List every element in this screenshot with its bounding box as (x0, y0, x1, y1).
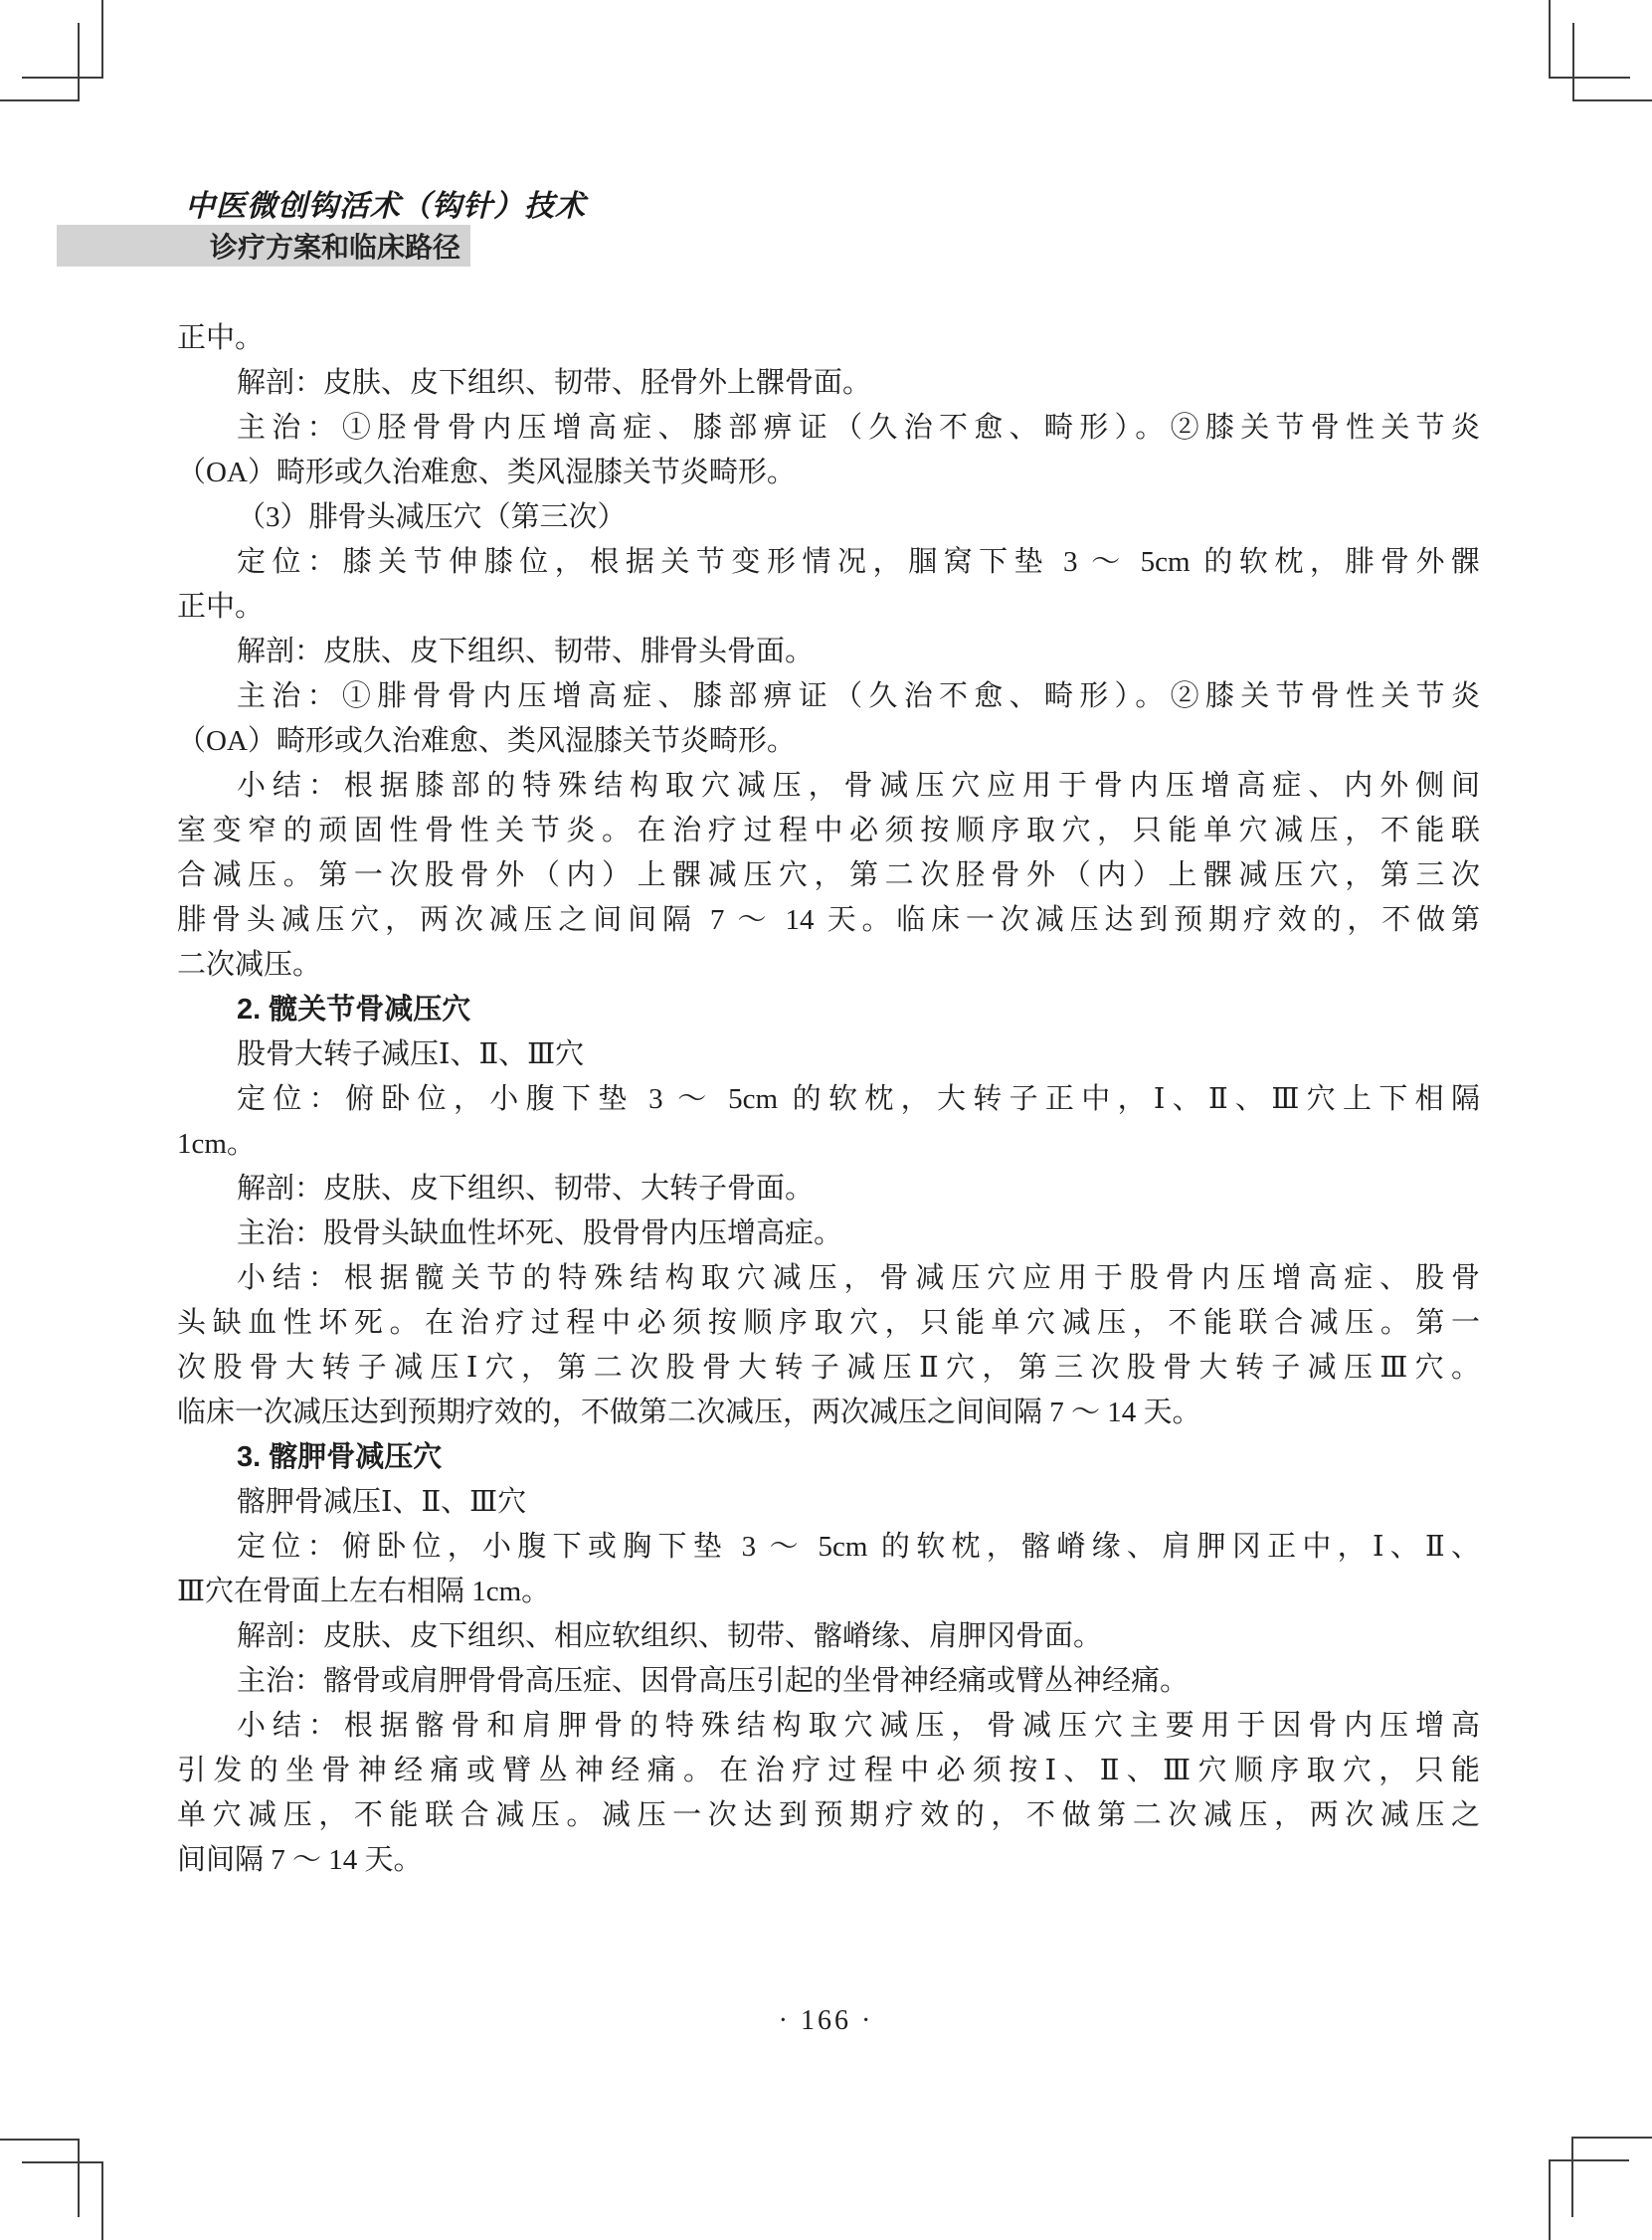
body-line: 临床一次减压达到预期疗效的，不做第二次减压，两次减压之间间隔 7 ～ 14 天。 (177, 1391, 1480, 1435)
body-line: 解剖：皮肤、皮下组织、相应软组织、韧带、髂嵴缘、肩胛冈骨面。 (177, 1614, 1480, 1659)
section-banner: 诊疗方案和临床路径 (57, 225, 470, 267)
body-line: 二次减压。 (177, 943, 1480, 988)
body-line: 2. 髋关节骨减压穴 (177, 988, 1480, 1032)
body-line: Ⅲ穴在骨面上左右相隔 1cm。 (177, 1570, 1480, 1614)
body-line: 解剖：皮肤、皮下组织、韧带、腓骨头骨面。 (177, 630, 1480, 674)
book-title: 中医微创钩活术（钩针）技术 (185, 181, 586, 225)
crop-mark-top-left-inner (0, 23, 80, 101)
body-line: 头缺血性坏死。在治疗过程中必须按顺序取穴，只能单穴减压，不能联合减压。第一 (177, 1301, 1480, 1346)
body-text: 正中。解剖：皮肤、皮下组织、韧带、胫骨外上髁骨面。主治：①胫骨骨内压增高症、膝部… (177, 316, 1480, 1883)
crop-mark-bottom-left-inner (0, 2139, 80, 2217)
body-line: 定位：俯卧位，小腹下或胸下垫 3 ～ 5cm 的软枕，髂嵴缘、肩胛冈正中，Ⅰ、Ⅱ… (177, 1525, 1480, 1570)
body-line: 主治：髂骨或肩胛骨骨高压症、因骨高压引起的坐骨神经痛或臂丛神经痛。 (177, 1659, 1480, 1704)
crop-mark-top-right-inner (1572, 23, 1652, 101)
crop-mark-bottom-right-inner (1549, 2159, 1629, 2240)
body-line: 小结：根据髋关节的特殊结构取穴减压，骨减压穴应用于股骨内压增高症、股骨 (177, 1256, 1480, 1301)
body-line: 1cm。 (177, 1122, 1480, 1167)
body-line: 定位：膝关节伸膝位，根据关节变形情况，腘窝下垫 3 ～ 5cm 的软枕，腓骨外髁 (177, 540, 1480, 585)
body-line: 主治：①腓骨骨内压增高症、膝部痹证（久治不愈、畸形）。②膝关节骨性关节炎 (177, 674, 1480, 719)
page-number: · 166 · (0, 2005, 1652, 2037)
body-line: 室变窄的顽固性骨性关节炎。在治疗过程中必须按顺序取穴，只能单穴减压，不能联 (177, 809, 1480, 853)
body-line: 股骨大转子减压Ⅰ、Ⅱ、Ⅲ穴 (177, 1032, 1480, 1077)
body-line: 单穴减压，不能联合减压。减压一次达到预期疗效的，不做第二次减压，两次减压之 (177, 1793, 1480, 1838)
body-line: 引发的坐骨神经痛或臂丛神经痛。在治疗过程中必须按Ⅰ、Ⅱ、Ⅲ穴顺序取穴，只能 (177, 1749, 1480, 1793)
body-line: 小结：根据髂骨和肩胛骨的特殊结构取穴减压，骨减压穴主要用于因骨内压增高 (177, 1704, 1480, 1749)
body-line: 主治：①胫骨骨内压增高症、膝部痹证（久治不愈、畸形）。②膝关节骨性关节炎 (177, 406, 1480, 451)
body-line: 主治：股骨头缺血性坏死、股骨骨内压增高症。 (177, 1212, 1480, 1256)
body-line: （3）腓骨头减压穴（第三次） (177, 495, 1480, 540)
body-line: 解剖：皮肤、皮下组织、韧带、大转子骨面。 (177, 1167, 1480, 1212)
body-line: 正中。 (177, 585, 1480, 630)
body-line: 腓骨头减压穴，两次减压之间间隔 7 ～ 14 天。临床一次减压达到预期疗效的，不… (177, 898, 1480, 943)
body-line: 3. 髂胛骨减压穴 (177, 1435, 1480, 1480)
body-line: 正中。 (177, 316, 1480, 361)
body-line: （OA）畸形或久治难愈、类风湿膝关节炎畸形。 (177, 719, 1480, 764)
body-line: 次股骨大转子减压Ⅰ穴，第二次股骨大转子减压Ⅱ穴，第三次股骨大转子减压Ⅲ穴。 (177, 1346, 1480, 1391)
body-line: 合减压。第一次股骨外（内）上髁减压穴，第二次胫骨外（内）上髁减压穴，第三次 (177, 853, 1480, 898)
body-line: （OA）畸形或久治难愈、类风湿膝关节炎畸形。 (177, 451, 1480, 495)
body-line: 解剖：皮肤、皮下组织、韧带、胫骨外上髁骨面。 (177, 361, 1480, 406)
page: { "header": { "book_title": "中医微创钩活术（钩针）… (0, 0, 1652, 2240)
body-line: 间间隔 7 ～ 14 天。 (177, 1838, 1480, 1883)
body-line: 小结：根据膝部的特殊结构取穴减压，骨减压穴应用于骨内压增高症、内外侧间 (177, 764, 1480, 809)
section-banner-label: 诊疗方案和临床路径 (210, 226, 460, 266)
body-line: 定位：俯卧位，小腹下垫 3 ～ 5cm 的软枕，大转子正中，Ⅰ、Ⅱ、Ⅲ穴上下相隔 (177, 1077, 1480, 1122)
body-line: 髂胛骨减压Ⅰ、Ⅱ、Ⅲ穴 (177, 1480, 1480, 1525)
